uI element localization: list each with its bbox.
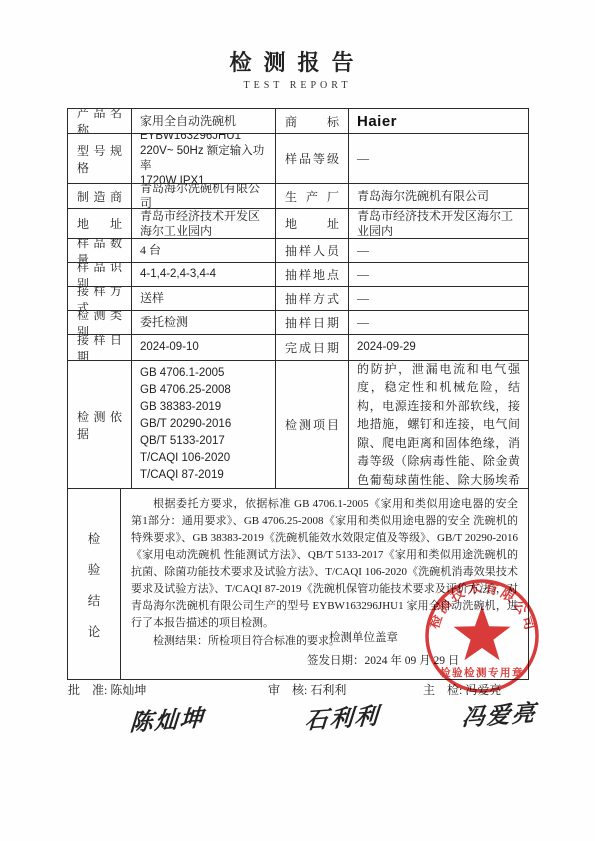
field-label-test-basis: 检测依据 [68, 408, 131, 442]
table-row-conclusion: 检 验 结 论 根据委托方要求，依据标准 GB 4706.1-2005《家用和类… [68, 488, 528, 679]
field-label-model-spec: 型号规格 [68, 142, 131, 176]
reviewed-by: 审 核: 石利利 [268, 681, 346, 698]
page-title: 检测报告 [0, 46, 595, 77]
signature-reviewer: 石利利 [304, 697, 381, 735]
seal-caption: 检测单位盖章 [329, 629, 398, 645]
haier-logo: Haier [349, 112, 528, 131]
report-page: 检测报告 TEST REPORT 产品名称 家用全自动洗碗机 商标 Haier … [0, 0, 595, 841]
table-row: 制造商 青岛海尔洗碗机有限公司 生产厂 青岛海尔洗碗机有限公司 [68, 183, 528, 208]
field-label-trademark: 商标 [276, 113, 348, 130]
table-row-basis: 检测依据 GB 4706.1-2005 GB 4706.25-2008 GB 3… [68, 360, 528, 488]
field-label-receive-method: 接样方式 [68, 287, 131, 310]
conclusion-vertical-label: 检 验 结 论 [68, 489, 120, 679]
field-label-product-name: 产品名称 [68, 109, 131, 133]
field-label-test-category: 检测类别 [68, 311, 131, 334]
field-value-sampling-method: — [349, 289, 528, 308]
field-value-product-name: 家用全自动洗碗机 [132, 112, 275, 131]
field-label-sampling-place: 抽样地点 [276, 266, 348, 283]
field-value-sampling-date: — [349, 313, 528, 332]
field-value-test-category: 委托检测 [132, 313, 275, 332]
field-value-factory: 青岛海尔洗碗机有限公司 [349, 187, 528, 206]
table-row: 检测类别 委托检测 抽样日期 — [68, 310, 528, 334]
field-label-test-items: 检测项目 [276, 416, 348, 433]
field-label-sampling-date: 抽样日期 [276, 314, 348, 331]
field-value-sample-qty: 4 台 [132, 241, 275, 260]
signature-approver: 陈灿坤 [129, 699, 206, 737]
conclusion-body: 根据委托方要求，依据标准 GB 4706.1-2005《家用和类似用途电器的安全… [120, 489, 528, 679]
field-value-sampling-place: — [349, 265, 528, 284]
page-subtitle: TEST REPORT [0, 80, 595, 91]
field-value-sampler: — [349, 241, 528, 260]
table-row: 产品名称 家用全自动洗碗机 商标 Haier [68, 109, 528, 133]
signature-tester: 冯爱亮 [461, 694, 538, 732]
table-row: 样品识别 4-1,4-2,4-3,4-4 抽样地点 — [68, 262, 528, 286]
conclusion-result: 检测结果：所检项目符合标准的要求。 [131, 633, 518, 650]
field-value-model-spec: EYBW163296JHU1 220V~ 50Hz 额定输入功率 1720W I… [132, 134, 275, 183]
test-items-text: 标志和说明，对触及带电部件的防护，泄漏电流和电气强度，稳定性和机械危险，结构，电… [349, 361, 528, 488]
table-row: 样品数量 4 台 抽样人员 — [68, 238, 528, 262]
table-row: 接样方式 送样 抽样方式 — [68, 286, 528, 310]
field-label-sample-qty: 样品数量 [68, 239, 131, 262]
test-basis-list: GB 4706.1-2005 GB 4706.25-2008 GB 38383-… [132, 363, 275, 486]
field-label-sampling-method: 抽样方式 [276, 290, 348, 307]
field-label-sampler: 抽样人员 [276, 242, 348, 259]
table-row: 型号规格 EYBW163296JHU1 220V~ 50Hz 额定输入功率 17… [68, 133, 528, 183]
field-value-sample-id: 4-1,4-2,4-3,4-4 [132, 265, 275, 284]
report-header: 检测报告 TEST REPORT [0, 46, 595, 91]
issue-date: 签发日期：2024 年 09 月 29 日 [307, 652, 459, 668]
field-label-address-right: 地址 [276, 215, 348, 232]
field-label-sample-id: 样品识别 [68, 263, 131, 286]
field-label-sample-grade: 样品等级 [276, 150, 348, 167]
table-row: 地址 青岛市经济技术开发区海尔工业园内 地址 青岛市经济技术开发区海尔工业园内 [68, 208, 528, 238]
field-value-address-left: 青岛市经济技术开发区海尔工业园内 [132, 209, 275, 238]
approved-by: 批 准: 陈灿坤 [68, 681, 146, 698]
field-value-receive-method: 送样 [132, 289, 275, 308]
field-value-complete-date: 2024-09-29 [349, 338, 528, 357]
field-label-complete-date: 完成日期 [276, 339, 348, 356]
field-value-sample-grade: — [349, 149, 528, 168]
field-label-address-left: 地址 [68, 215, 131, 232]
conclusion-paragraph: 根据委托方要求，依据标准 GB 4706.1-2005《家用和类似用途电器的安全… [131, 496, 518, 632]
field-value-receive-date: 2024-09-10 [132, 338, 275, 357]
field-label-manufacturer: 制造商 [68, 188, 131, 205]
field-value-address-right: 青岛市经济技术开发区海尔工业园内 [349, 209, 528, 238]
report-table: 产品名称 家用全自动洗碗机 商标 Haier 型号规格 EYBW163296JH… [67, 108, 529, 680]
tested-by: 主 检: 冯爱亮 [423, 681, 501, 698]
field-label-receive-date: 接样日期 [68, 335, 131, 360]
field-value-manufacturer: 青岛海尔洗碗机有限公司 [132, 184, 275, 208]
table-row: 接样日期 2024-09-10 完成日期 2024-09-29 [68, 334, 528, 360]
field-label-factory: 生产厂 [276, 188, 348, 205]
